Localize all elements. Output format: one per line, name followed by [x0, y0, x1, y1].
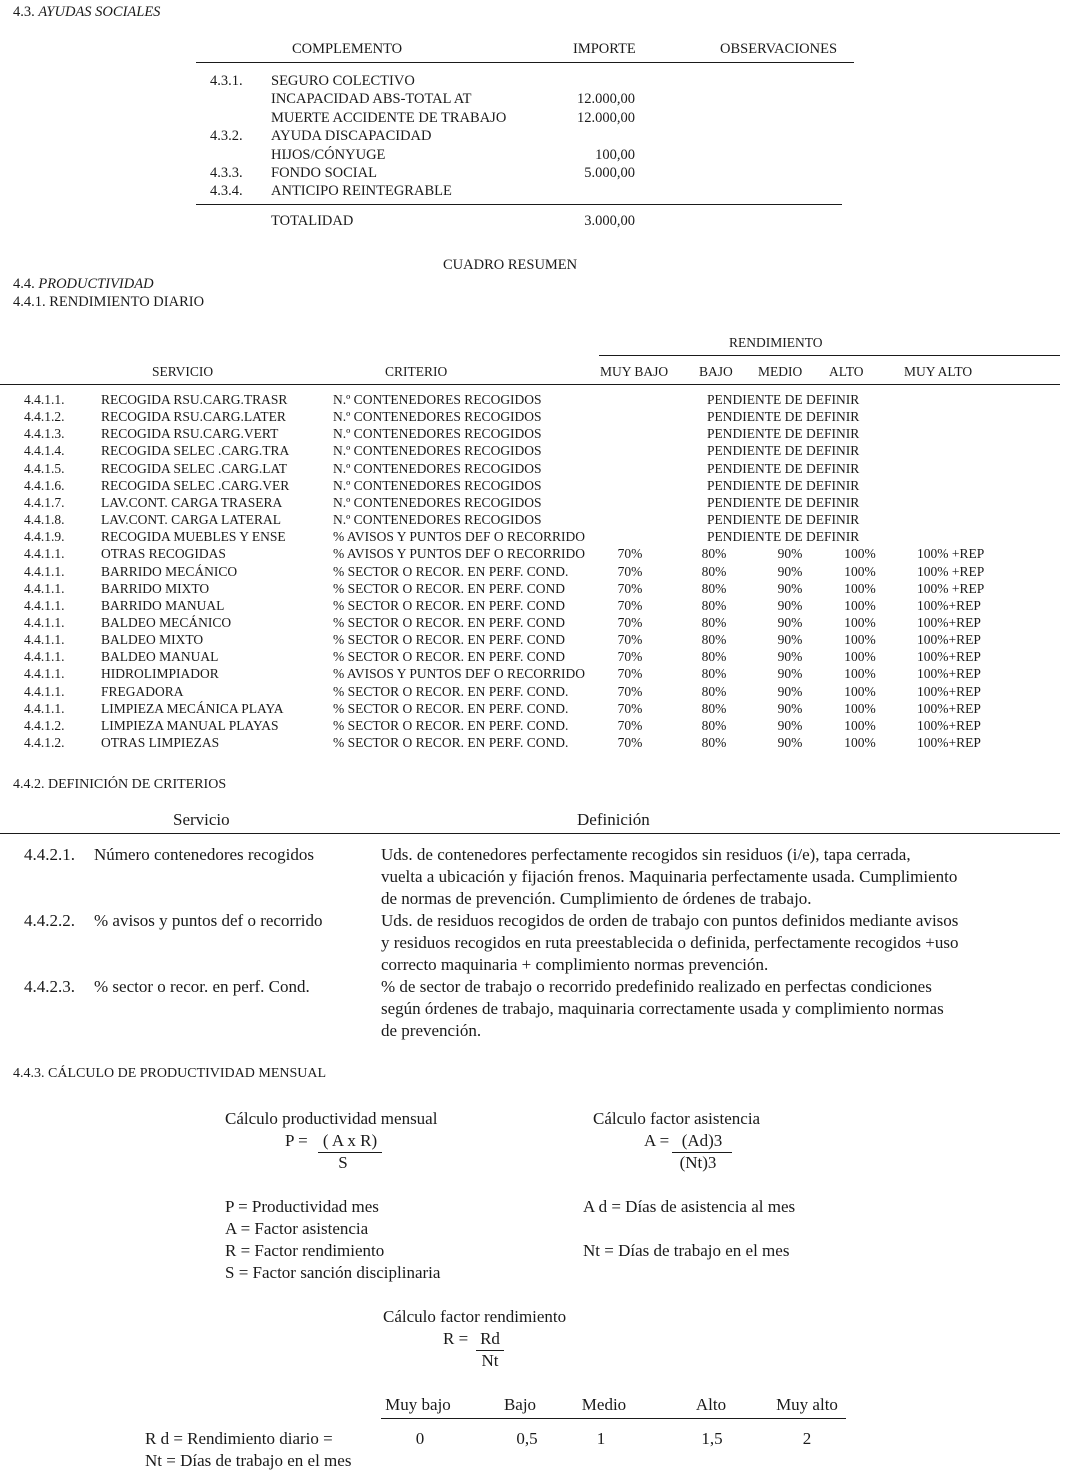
section-4-4-heading: 4.4. PRODUCTIVIDAD [13, 276, 154, 293]
row-value: 90% [775, 735, 805, 751]
legend-right-item: Nt = Días de trabajo en el mes [583, 1241, 789, 1261]
row-value: 100%+REP [917, 598, 981, 614]
row-value: 70% [605, 564, 655, 580]
ayuda-importe: 5.000,00 [535, 165, 635, 182]
row-code: 4.4.1.1. [24, 684, 65, 700]
row-value: 100%+REP [917, 718, 981, 734]
row-value: 100% [843, 735, 877, 751]
row-value: 100%+REP [917, 615, 981, 631]
row-servicio: LAV.CONT. CARGA TRASERA [101, 495, 282, 511]
col-header-definicion: Definición [577, 810, 650, 830]
legend-left-item: P = Productividad mes [225, 1197, 379, 1217]
col-header-muy-bajo: MUY BAJO [600, 364, 668, 380]
row-code: 4.4.1.4. [24, 443, 65, 459]
section-title: PRODUCTIVIDAD [38, 276, 153, 292]
row-value: 100%+REP [917, 666, 981, 682]
row-criterio: % SECTOR O RECOR. EN PERF. COND [333, 581, 565, 597]
row-value: 100% +REP [917, 581, 984, 597]
col-header-importe: IMPORTE [573, 41, 636, 58]
definition-text-line: correcto maquinaria + complimiento norma… [381, 955, 768, 975]
row-code: 4.4.1.2. [24, 735, 65, 751]
formula-rendimiento-lhs: R = [443, 1329, 468, 1349]
ayuda-label: AYUDA DISCAPACIDAD [271, 128, 431, 145]
row-criterio: N.º CONTENEDORES RECOGIDOS [333, 409, 542, 425]
row-servicio: RECOGIDA RSU.CARG.TRASR [101, 392, 287, 408]
row-servicio: LIMPIEZA MECÁNICA PLAYA [101, 701, 284, 717]
formula-productividad-title: Cálculo productividad mensual [225, 1109, 437, 1129]
section-title: AYUDAS SOCIALES [38, 4, 160, 20]
ayuda-code: 4.3.1. [210, 73, 243, 90]
row-pending-status: PENDIENTE DE DEFINIR [707, 392, 859, 408]
definition-text-line: vuelta a ubicación y fijación frenos. Ma… [381, 867, 957, 887]
row-code: 4.4.1.2. [24, 409, 65, 425]
definition-code: 4.4.2.3. [24, 977, 75, 997]
definition-servicio: % avisos y puntos def o recorrido [94, 911, 323, 931]
ayuda-label: MUERTE ACCIDENTE DE TRABAJO [271, 110, 506, 127]
scale-rule [381, 1418, 846, 1419]
scale-value: 1,5 [687, 1429, 737, 1449]
row-value: 80% [694, 666, 734, 682]
row-code: 4.4.1.1. [24, 632, 65, 648]
row-pending-status: PENDIENTE DE DEFINIR [707, 495, 859, 511]
col-header-bajo: BAJO [699, 364, 733, 380]
row-criterio: N.º CONTENEDORES RECOGIDOS [333, 495, 542, 511]
col-header-medio: MEDIO [758, 364, 802, 380]
legend-left-item: S = Factor sanción disciplinaria [225, 1263, 440, 1283]
definition-text-line: Uds. de residuos recogidos de orden de t… [381, 911, 958, 931]
row-servicio: RECOGIDA RSU.CARG.LATER [101, 409, 286, 425]
row-criterio: % SECTOR O RECOR. EN PERF. COND [333, 615, 565, 631]
ayuda-code: 4.3.3. [210, 165, 243, 182]
ayuda-label: ANTICIPO REINTEGRABLE [271, 183, 452, 200]
row-code: 4.4.1.1. [24, 701, 65, 717]
ayuda-label: INCAPACIDAD ABS-TOTAL AT [271, 91, 472, 108]
col-header-alto: ALTO [829, 364, 864, 380]
row-value: 80% [694, 615, 734, 631]
col-header-criterio: CRITERIO [385, 364, 447, 380]
row-value: 90% [775, 649, 805, 665]
row-value: 100% [843, 615, 877, 631]
row-value: 90% [775, 666, 805, 682]
row-pending-status: PENDIENTE DE DEFINIR [707, 478, 859, 494]
row-value: 90% [775, 564, 805, 580]
ayuda-importe: 100,00 [535, 147, 635, 164]
row-criterio: N.º CONTENEDORES RECOGIDOS [333, 426, 542, 442]
row-value: 70% [605, 649, 655, 665]
row-value: 100% [843, 581, 877, 597]
formula-asistencia-lhs: A = [644, 1131, 669, 1151]
row-servicio: LIMPIEZA MANUAL PLAYAS [101, 718, 279, 734]
row-criterio: % SECTOR O RECOR. EN PERF. COND [333, 598, 565, 614]
formula-asistencia-denominator: (Nt)3 [668, 1153, 728, 1173]
row-code: 4.4.1.8. [24, 512, 65, 528]
definition-text-line: según órdenes de trabajo, maquinaria cor… [381, 999, 944, 1019]
row-criterio: % SECTOR O RECOR. EN PERF. COND. [333, 718, 568, 734]
row-value: 70% [605, 598, 655, 614]
row-code: 4.4.1.7. [24, 495, 65, 511]
row-value: 80% [694, 564, 734, 580]
row-code: 4.4.1.6. [24, 478, 65, 494]
row-value: 70% [605, 615, 655, 631]
row-value: 90% [775, 718, 805, 734]
row-criterio: % SECTOR O RECOR. EN PERF. COND. [333, 701, 568, 717]
rendimiento-header: RENDIMIENTO [729, 335, 823, 351]
definicion-header-rule [0, 833, 1060, 834]
row-value: 70% [605, 701, 655, 717]
row-value: 100% [843, 546, 877, 562]
row-value: 100% [843, 701, 877, 717]
row-code: 4.4.1.3. [24, 426, 65, 442]
row-value: 70% [605, 718, 655, 734]
row-criterio: % AVISOS Y PUNTOS DEF O RECORRIDO [333, 666, 585, 682]
row-value: 80% [694, 735, 734, 751]
row-value: 70% [605, 581, 655, 597]
row-criterio: % AVISOS Y PUNTOS DEF O RECORRIDO [333, 529, 585, 545]
scale-header: Alto [690, 1395, 732, 1415]
row-servicio: RECOGIDA SELEC .CARG.LAT [101, 461, 287, 477]
col-header-servicio-def: Servicio [173, 810, 230, 830]
definition-servicio: % sector o recor. en perf. Cond. [94, 977, 310, 997]
row-value: 70% [605, 546, 655, 562]
row-value: 90% [775, 701, 805, 717]
ayuda-importe: 12.000,00 [535, 110, 635, 127]
formula-rendimiento-denominator: Nt [476, 1351, 504, 1371]
subsection-4-4-3-heading: 4.4.3. CÁLCULO DE PRODUCTIVIDAD MENSUAL [13, 1066, 326, 1082]
legend-left-item: A = Factor asistencia [225, 1219, 368, 1239]
row-value: 100% [843, 632, 877, 648]
row-code: 4.4.1.1. [24, 392, 65, 408]
ayuda-label: FONDO SOCIAL [271, 165, 377, 182]
formula-rendimiento-title: Cálculo factor rendimiento [383, 1307, 566, 1327]
row-value: 100%+REP [917, 684, 981, 700]
definition-code: 4.4.2.2. [24, 911, 75, 931]
row-value: 90% [775, 684, 805, 700]
row-criterio: N.º CONTENEDORES RECOGIDOS [333, 512, 542, 528]
total-rule [196, 204, 842, 205]
scale-value: 0,5 [502, 1429, 552, 1449]
row-value: 100%+REP [917, 632, 981, 648]
formula-rendimiento-numerator: Rd [476, 1329, 504, 1349]
row-value: 90% [775, 581, 805, 597]
row-value: 80% [694, 632, 734, 648]
row-value: 80% [694, 598, 734, 614]
section-number: 4.4. [13, 276, 35, 292]
row-pending-status: PENDIENTE DE DEFINIR [707, 512, 859, 528]
row-pending-status: PENDIENTE DE DEFINIR [707, 529, 859, 545]
row-code: 4.4.1.9. [24, 529, 65, 545]
row-servicio: BALDEO MIXTO [101, 632, 203, 648]
row-code: 4.4.1.2. [24, 718, 65, 734]
row-value: 100% [843, 598, 877, 614]
row-pending-status: PENDIENTE DE DEFINIR [707, 426, 859, 442]
row-value: 100% [843, 718, 877, 734]
row-value: 100% +REP [917, 564, 984, 580]
row-criterio: % SECTOR O RECOR. EN PERF. COND. [333, 684, 568, 700]
row-servicio: RECOGIDA RSU.CARG.VERT [101, 426, 278, 442]
row-pending-status: PENDIENTE DE DEFINIR [707, 443, 859, 459]
row-value: 80% [694, 546, 734, 562]
subsection-4-4-2-heading: 4.4.2. DEFINICIÓN DE CRITERIOS [13, 777, 226, 793]
row-criterio: N.º CONTENEDORES RECOGIDOS [333, 478, 542, 494]
total-importe: 3.000,00 [535, 213, 635, 230]
definition-text-line: Uds. de contenedores perfectamente recog… [381, 845, 911, 865]
row-value: 80% [694, 718, 734, 734]
row-value: 90% [775, 632, 805, 648]
row-servicio: HIDROLIMPIADOR [101, 666, 219, 682]
row-servicio: BALDEO MANUAL [101, 649, 218, 665]
row-code: 4.4.1.1. [24, 666, 65, 682]
subsection-4-4-1-heading: 4.4.1. RENDIMIENTO DIARIO [13, 294, 204, 311]
scale-header: Muy alto [771, 1395, 843, 1415]
row-code: 4.4.1.1. [24, 546, 65, 562]
definition-text-line: % de sector de trabajo o recorrido prede… [381, 977, 932, 997]
scale-header: Muy bajo [382, 1395, 454, 1415]
row-servicio: RECOGIDA SELEC .CARG.TRA [101, 443, 289, 459]
row-value: 100%+REP [917, 735, 981, 751]
row-value: 100% [843, 684, 877, 700]
row-servicio: LAV.CONT. CARGA LATERAL [101, 512, 281, 528]
ayuda-code: 4.3.4. [210, 183, 243, 200]
row-servicio: OTRAS LIMPIEZAS [101, 735, 219, 751]
section-number: 4.3. [13, 4, 35, 20]
header-rule [196, 62, 854, 63]
ayuda-code: 4.3.2. [210, 128, 243, 145]
definition-text-line: y residuos recogidos en ruta preestablec… [381, 933, 958, 953]
row-criterio: % SECTOR O RECOR. EN PERF. COND [333, 632, 565, 648]
ayuda-label: SEGURO COLECTIVO [271, 73, 415, 90]
scale-value: 2 [782, 1429, 832, 1449]
formula-productividad-denominator: S [318, 1153, 368, 1173]
row-code: 4.4.1.1. [24, 649, 65, 665]
row-servicio: RECOGIDA MUEBLES Y ENSE [101, 529, 286, 545]
row-value: 100% +REP [917, 546, 984, 562]
row-criterio: N.º CONTENEDORES RECOGIDOS [333, 461, 542, 477]
row-value: 80% [694, 701, 734, 717]
scale-header: Bajo [498, 1395, 542, 1415]
scale-value: 1 [576, 1429, 626, 1449]
row-servicio: RECOGIDA SELEC .CARG.VER [101, 478, 289, 494]
definition-text-line: de normas de prevención. Cumplimiento de… [381, 889, 812, 909]
row-criterio: N.º CONTENEDORES RECOGIDOS [333, 443, 542, 459]
row-value: 80% [694, 581, 734, 597]
ayuda-importe: 12.000,00 [535, 91, 635, 108]
row-code: 4.4.1.1. [24, 598, 65, 614]
row-pending-status: PENDIENTE DE DEFINIR [707, 409, 859, 425]
row-value: 90% [775, 598, 805, 614]
scale-value: 0 [395, 1429, 445, 1449]
row-servicio: BARRIDO MIXTO [101, 581, 209, 597]
row-value: 100%+REP [917, 701, 981, 717]
row-value: 100% [843, 666, 877, 682]
row-servicio: OTRAS RECOGIDAS [101, 546, 226, 562]
row-servicio: BALDEO MECÁNICO [101, 615, 231, 631]
formula-productividad-numerator: ( A x R) [318, 1131, 382, 1151]
col-header-servicio: SERVICIO [152, 364, 213, 380]
row-value: 80% [694, 649, 734, 665]
scale-note: Nt = Días de trabajo en el mes [145, 1451, 351, 1471]
row-value: 80% [694, 684, 734, 700]
row-servicio: FREGADORA [101, 684, 184, 700]
row-servicio: BARRIDO MANUAL [101, 598, 224, 614]
col-header-complemento: COMPLEMENTO [292, 41, 402, 58]
row-code: 4.4.1.1. [24, 581, 65, 597]
rendimiento-rule [599, 355, 1060, 356]
row-code: 4.4.1.1. [24, 564, 65, 580]
row-code: 4.4.1.5. [24, 461, 65, 477]
row-pending-status: PENDIENTE DE DEFINIR [707, 461, 859, 477]
scale-header: Medio [578, 1395, 630, 1415]
legend-right-item: A d = Días de asistencia al mes [583, 1197, 795, 1217]
row-criterio: % SECTOR O RECOR. EN PERF. COND. [333, 735, 568, 751]
formula-productividad-lhs: P = [285, 1131, 308, 1151]
cuadro-resumen-title: CUADRO RESUMEN [443, 257, 577, 274]
formula-asistencia-numerator: (Ad)3 [672, 1131, 732, 1151]
scale-row-label: R d = Rendimiento diario = [145, 1429, 333, 1449]
row-value: 70% [605, 666, 655, 682]
row-code: 4.4.1.1. [24, 615, 65, 631]
row-servicio: BARRIDO MECÁNICO [101, 564, 237, 580]
row-criterio: % AVISOS Y PUNTOS DEF O RECORRIDO [333, 546, 585, 562]
row-value: 90% [775, 546, 805, 562]
section-4-3-heading: 4.3. AYUDAS SOCIALES [13, 4, 160, 21]
total-label: TOTALIDAD [271, 213, 353, 230]
definition-code: 4.4.2.1. [24, 845, 75, 865]
row-value: 90% [775, 615, 805, 631]
row-criterio: % SECTOR O RECOR. EN PERF. COND [333, 649, 565, 665]
row-criterio: % SECTOR O RECOR. EN PERF. COND. [333, 564, 568, 580]
col-header-observaciones: OBSERVACIONES [720, 41, 837, 58]
col-header-muy-alto: MUY ALTO [904, 364, 972, 380]
row-value: 70% [605, 735, 655, 751]
definition-text-line: de prevención. [381, 1021, 481, 1041]
legend-left-item: R = Factor rendimiento [225, 1241, 384, 1261]
row-value: 70% [605, 632, 655, 648]
formula-asistencia-title: Cálculo factor asistencia [593, 1109, 760, 1129]
row-value: 100% [843, 564, 877, 580]
definition-servicio: Número contenedores recogidos [94, 845, 314, 865]
row-value: 70% [605, 684, 655, 700]
table-header-rule [0, 384, 1060, 385]
row-value: 100%+REP [917, 649, 981, 665]
ayuda-label: HIJOS/CÓNYUGE [271, 147, 385, 164]
row-value: 100% [843, 649, 877, 665]
row-criterio: N.º CONTENEDORES RECOGIDOS [333, 392, 542, 408]
